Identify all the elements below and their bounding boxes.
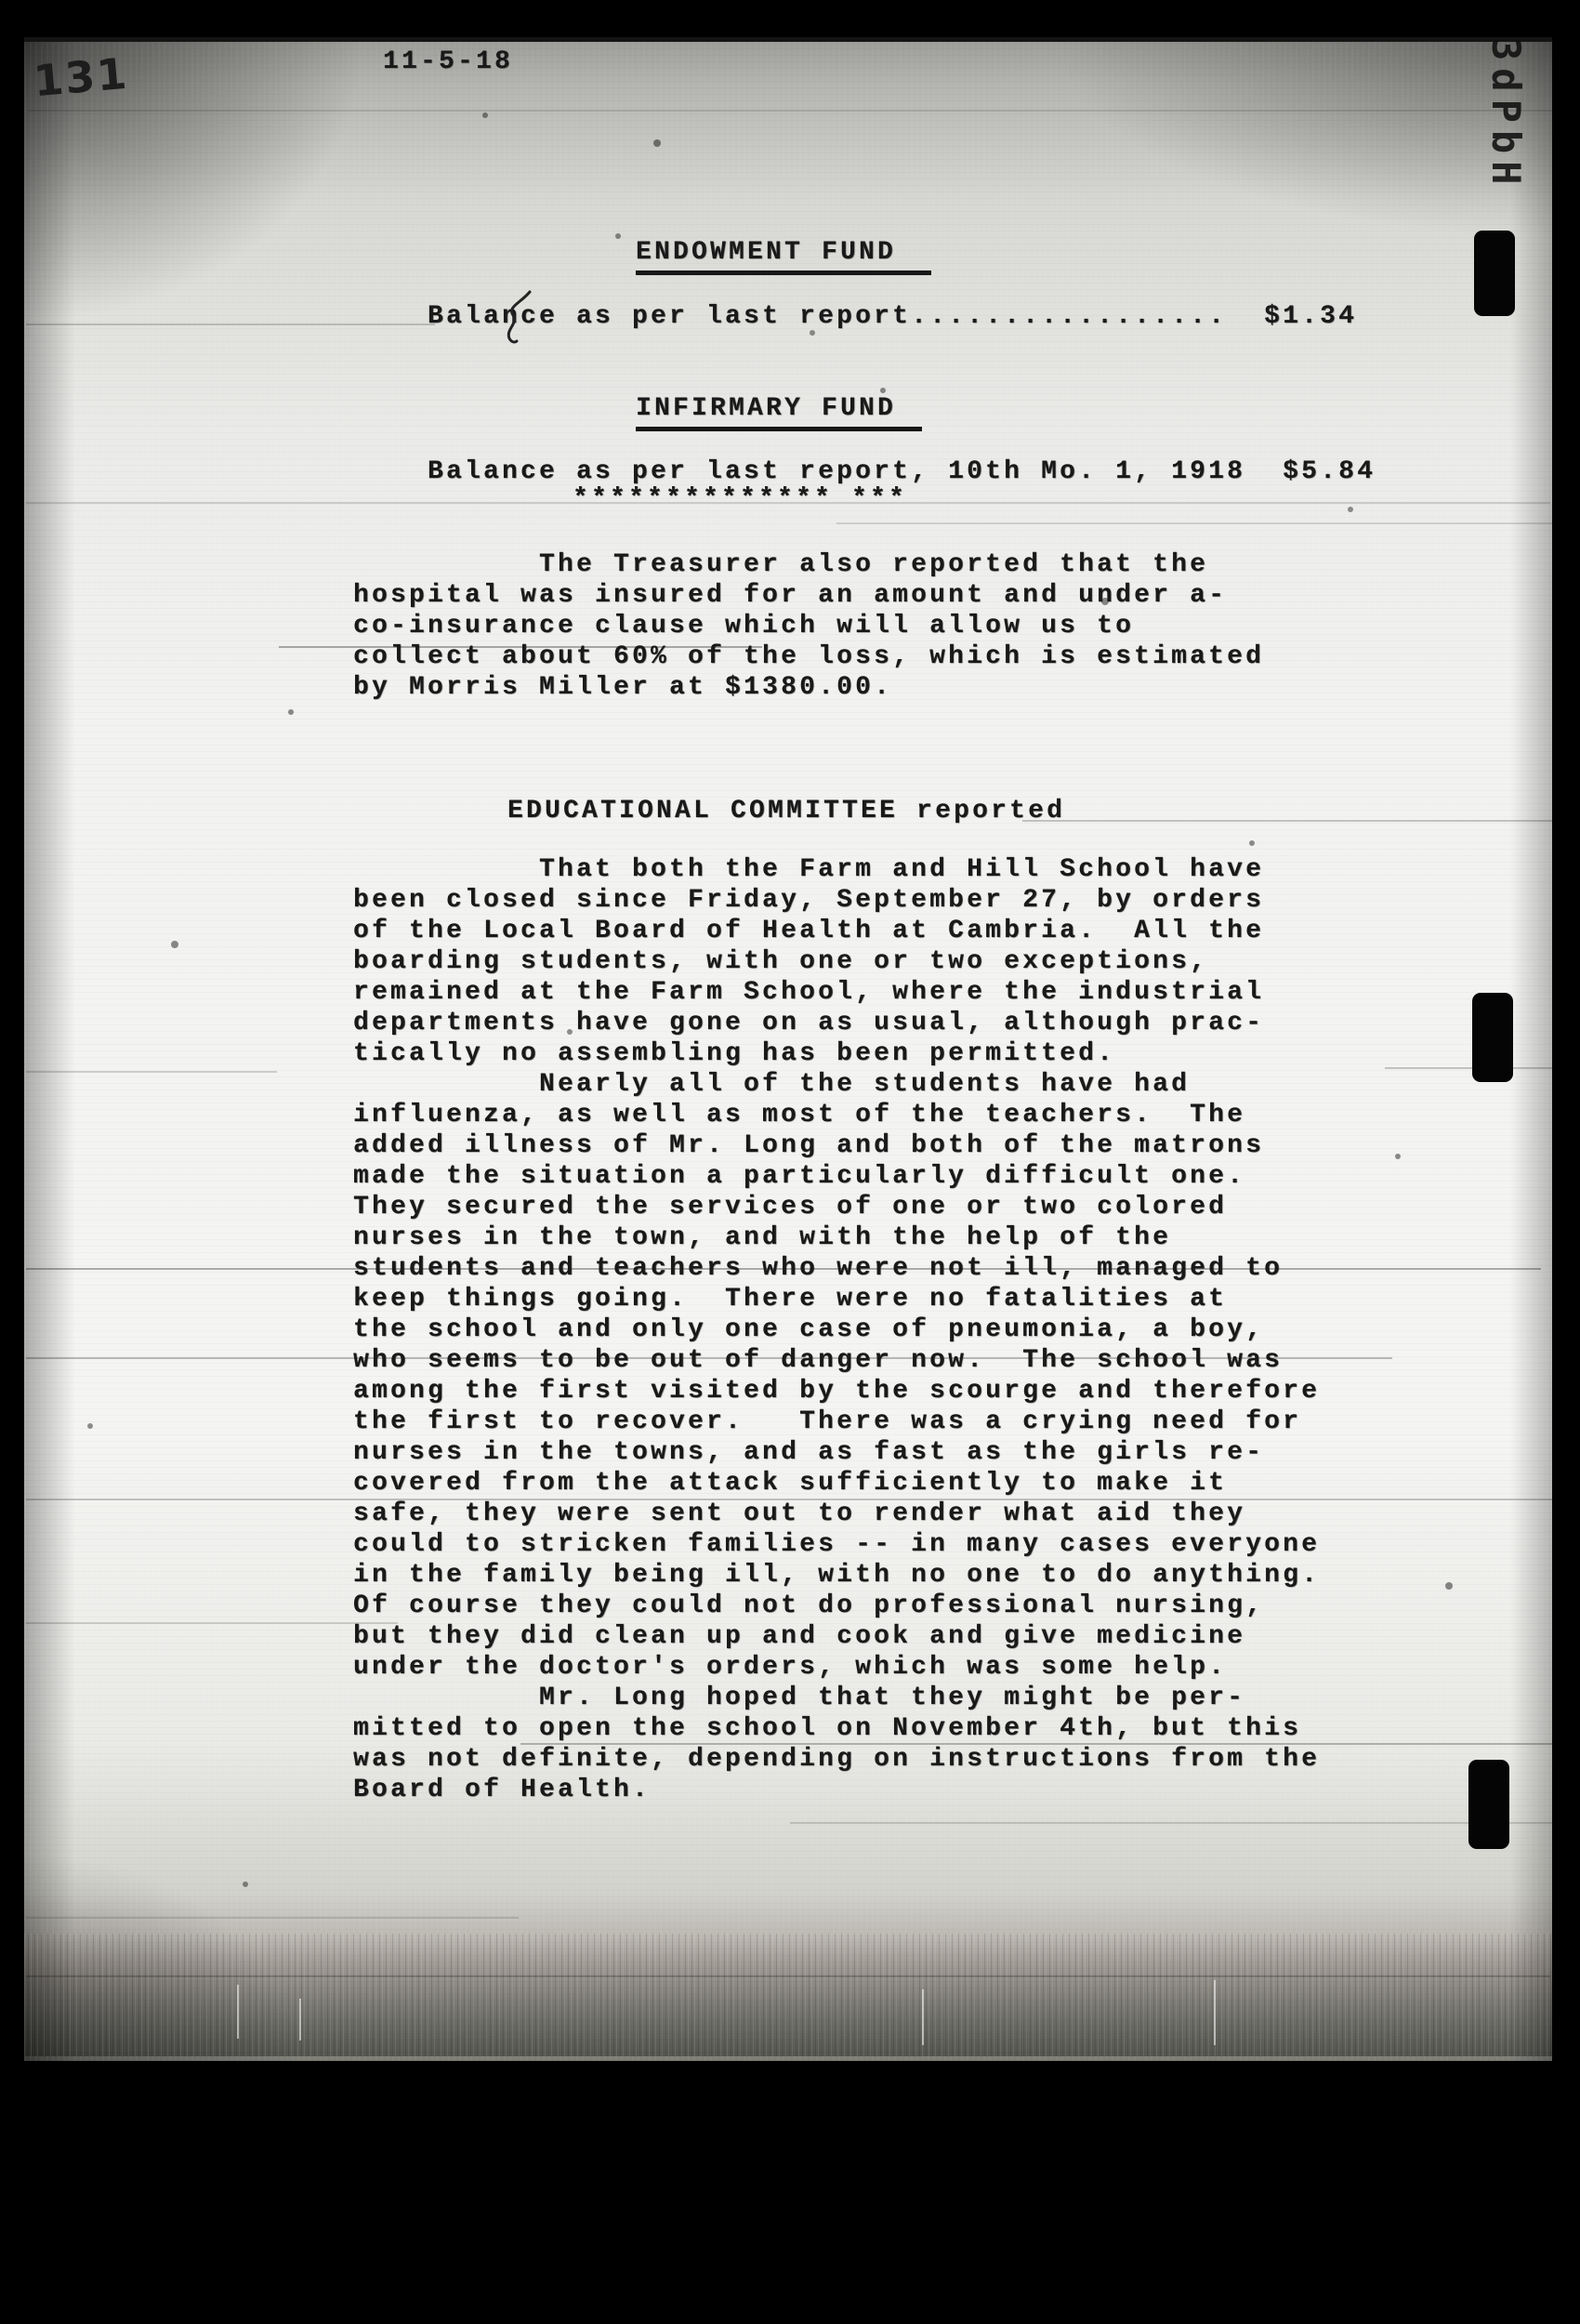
film-scratch [299,1999,301,2040]
treasurer-report-paragraph: The Treasurer also reported that the hos… [353,549,1264,703]
scratch-line [836,522,1552,524]
film-splice-block [1468,1760,1509,1849]
film-scratch [1214,1980,1216,2045]
educational-report-paragraph: That both the Farm and Hill School have … [353,854,1320,1805]
scratch-line [26,1917,519,1919]
film-grain-band [24,1934,1552,2056]
film-scratch [237,1985,239,2039]
educational-committee-heading: EDUCATIONAL COMMITTEE reported [507,796,1065,826]
leader-dots: ................. [911,302,1227,331]
scratch-line [26,1071,277,1073]
asterisk-separator: ************** *** [573,483,907,514]
handwritten-page-number: 131 [32,48,130,107]
scratch-line [26,1975,1550,1977]
film-scratch [922,1989,924,2045]
infirmary-balance-label: Balance as per last report, 10th Mo. 1, … [428,457,1245,486]
scratch-line [28,110,1552,112]
microfilm-scan-page: 131 11-5-18 3dPbH ENDOWMENT FUND Balance… [0,0,1580,2324]
date-stamp: 11-5-18 [383,46,513,77]
film-splice-block [1472,993,1513,1082]
scratch-line [790,1822,1575,1824]
infirmary-balance-amount: $5.84 [1283,457,1376,486]
dust-speckles [0,0,4,4]
pen-squiggle-mark [502,290,545,346]
scratch-line [1022,820,1575,822]
scratch-line [26,1622,398,1624]
endowment-balance-amount: $1.34 [1264,302,1357,331]
film-edge-code: 3dPbH [1481,37,1529,246]
endowment-balance-label: Balance as per last report [428,302,911,331]
film-splice-block [1474,231,1515,316]
endowment-fund-title: ENDOWMENT FUND [636,237,931,275]
